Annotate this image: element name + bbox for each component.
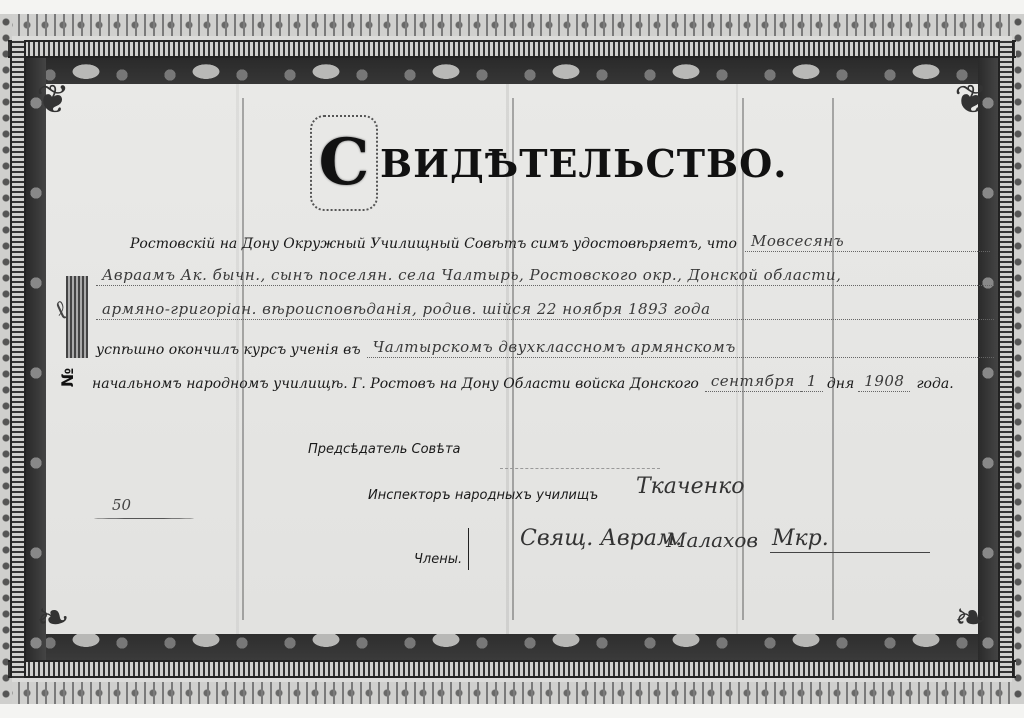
handwritten-religion-birthdate: армяно-григоріан. вѣроисповѣданія, родив… — [96, 300, 994, 320]
printed-text: начальномъ народномъ училищѣ. Г. Ростовъ… — [92, 376, 699, 392]
fold-crease — [832, 98, 834, 620]
members-label: Члены. — [414, 552, 462, 567]
member-signature-flourish — [770, 552, 930, 553]
number-label: № — [58, 368, 77, 387]
text-line-3: армяно-григоріан. вѣроисповѣданія, родив… — [96, 300, 994, 320]
right-hatched-rule — [998, 40, 1014, 678]
corner-leaf-ornament-icon: ❦ — [948, 70, 994, 130]
inspector-signature: Ткаченко — [636, 474, 745, 499]
top-vine-border — [0, 14, 1024, 36]
fold-crease — [242, 98, 244, 620]
right-ornamental-frieze — [978, 58, 998, 660]
corner-leaf-ornament-icon: ❦ — [30, 70, 76, 130]
printed-text: успѣшно окончилъ курсъ ученія въ — [96, 342, 361, 358]
printed-text: года. — [916, 376, 953, 392]
text-line-5: начальномъ народномъ училищѣ. Г. Ростовъ… — [92, 372, 1000, 392]
top-hatched-rule — [8, 40, 1016, 58]
inspector-label: Инспекторъ народныхъ училищъ — [368, 488, 598, 503]
document-title: С ВИДѢТЕЛЬСТВО. — [310, 108, 810, 218]
title-text: ВИДѢТЕЛЬСТВО. — [380, 141, 787, 186]
bottom-hatched-rule — [8, 660, 1016, 678]
handwritten-name-origin: Авраамъ Ак. бычн., сынъ поселян. села Ча… — [96, 266, 994, 286]
bottom-vine-border — [0, 682, 1024, 704]
handwritten-school-name: Чалтырскомъ двухклассномъ армянскомъ — [367, 338, 994, 358]
left-hatched-rule — [10, 40, 26, 678]
text-line-4: успѣшно окончилъ курсъ ученія въ Чалтырс… — [96, 338, 994, 358]
printed-text: дня — [827, 376, 854, 392]
members-bracket — [468, 528, 469, 570]
corner-leaf-ornament-icon: ❧ — [948, 588, 994, 648]
margin-number-note: 50 — [112, 496, 131, 514]
member-signature-1: Свящ. Аврам. — [520, 526, 682, 551]
member-signature-3: Мкр. — [772, 526, 829, 551]
handwritten-year: 1908 — [858, 372, 910, 392]
chairman-signature-line — [500, 468, 660, 469]
handwritten-surname: Мовсесянъ — [745, 232, 990, 252]
text-line-1: Ростовскій на Дону Окружный Училищный Со… — [130, 232, 990, 252]
text-line-2: Авраамъ Ак. бычн., сынъ поселян. села Ча… — [96, 266, 994, 286]
printed-text: Ростовскій на Дону Окружный Училищный Со… — [130, 236, 737, 252]
corner-leaf-ornament-icon: ❧ — [30, 588, 76, 648]
handwritten-month: сентября — [705, 372, 801, 392]
chairman-label: Предсѣдатель Совѣта — [308, 442, 461, 457]
handwritten-day: 1 — [801, 372, 823, 392]
left-ornamental-frieze — [26, 58, 46, 660]
member-signature-2: Малахов — [666, 528, 758, 552]
margin-note-underline — [94, 518, 194, 519]
ornate-initial-letter: С — [310, 115, 378, 211]
